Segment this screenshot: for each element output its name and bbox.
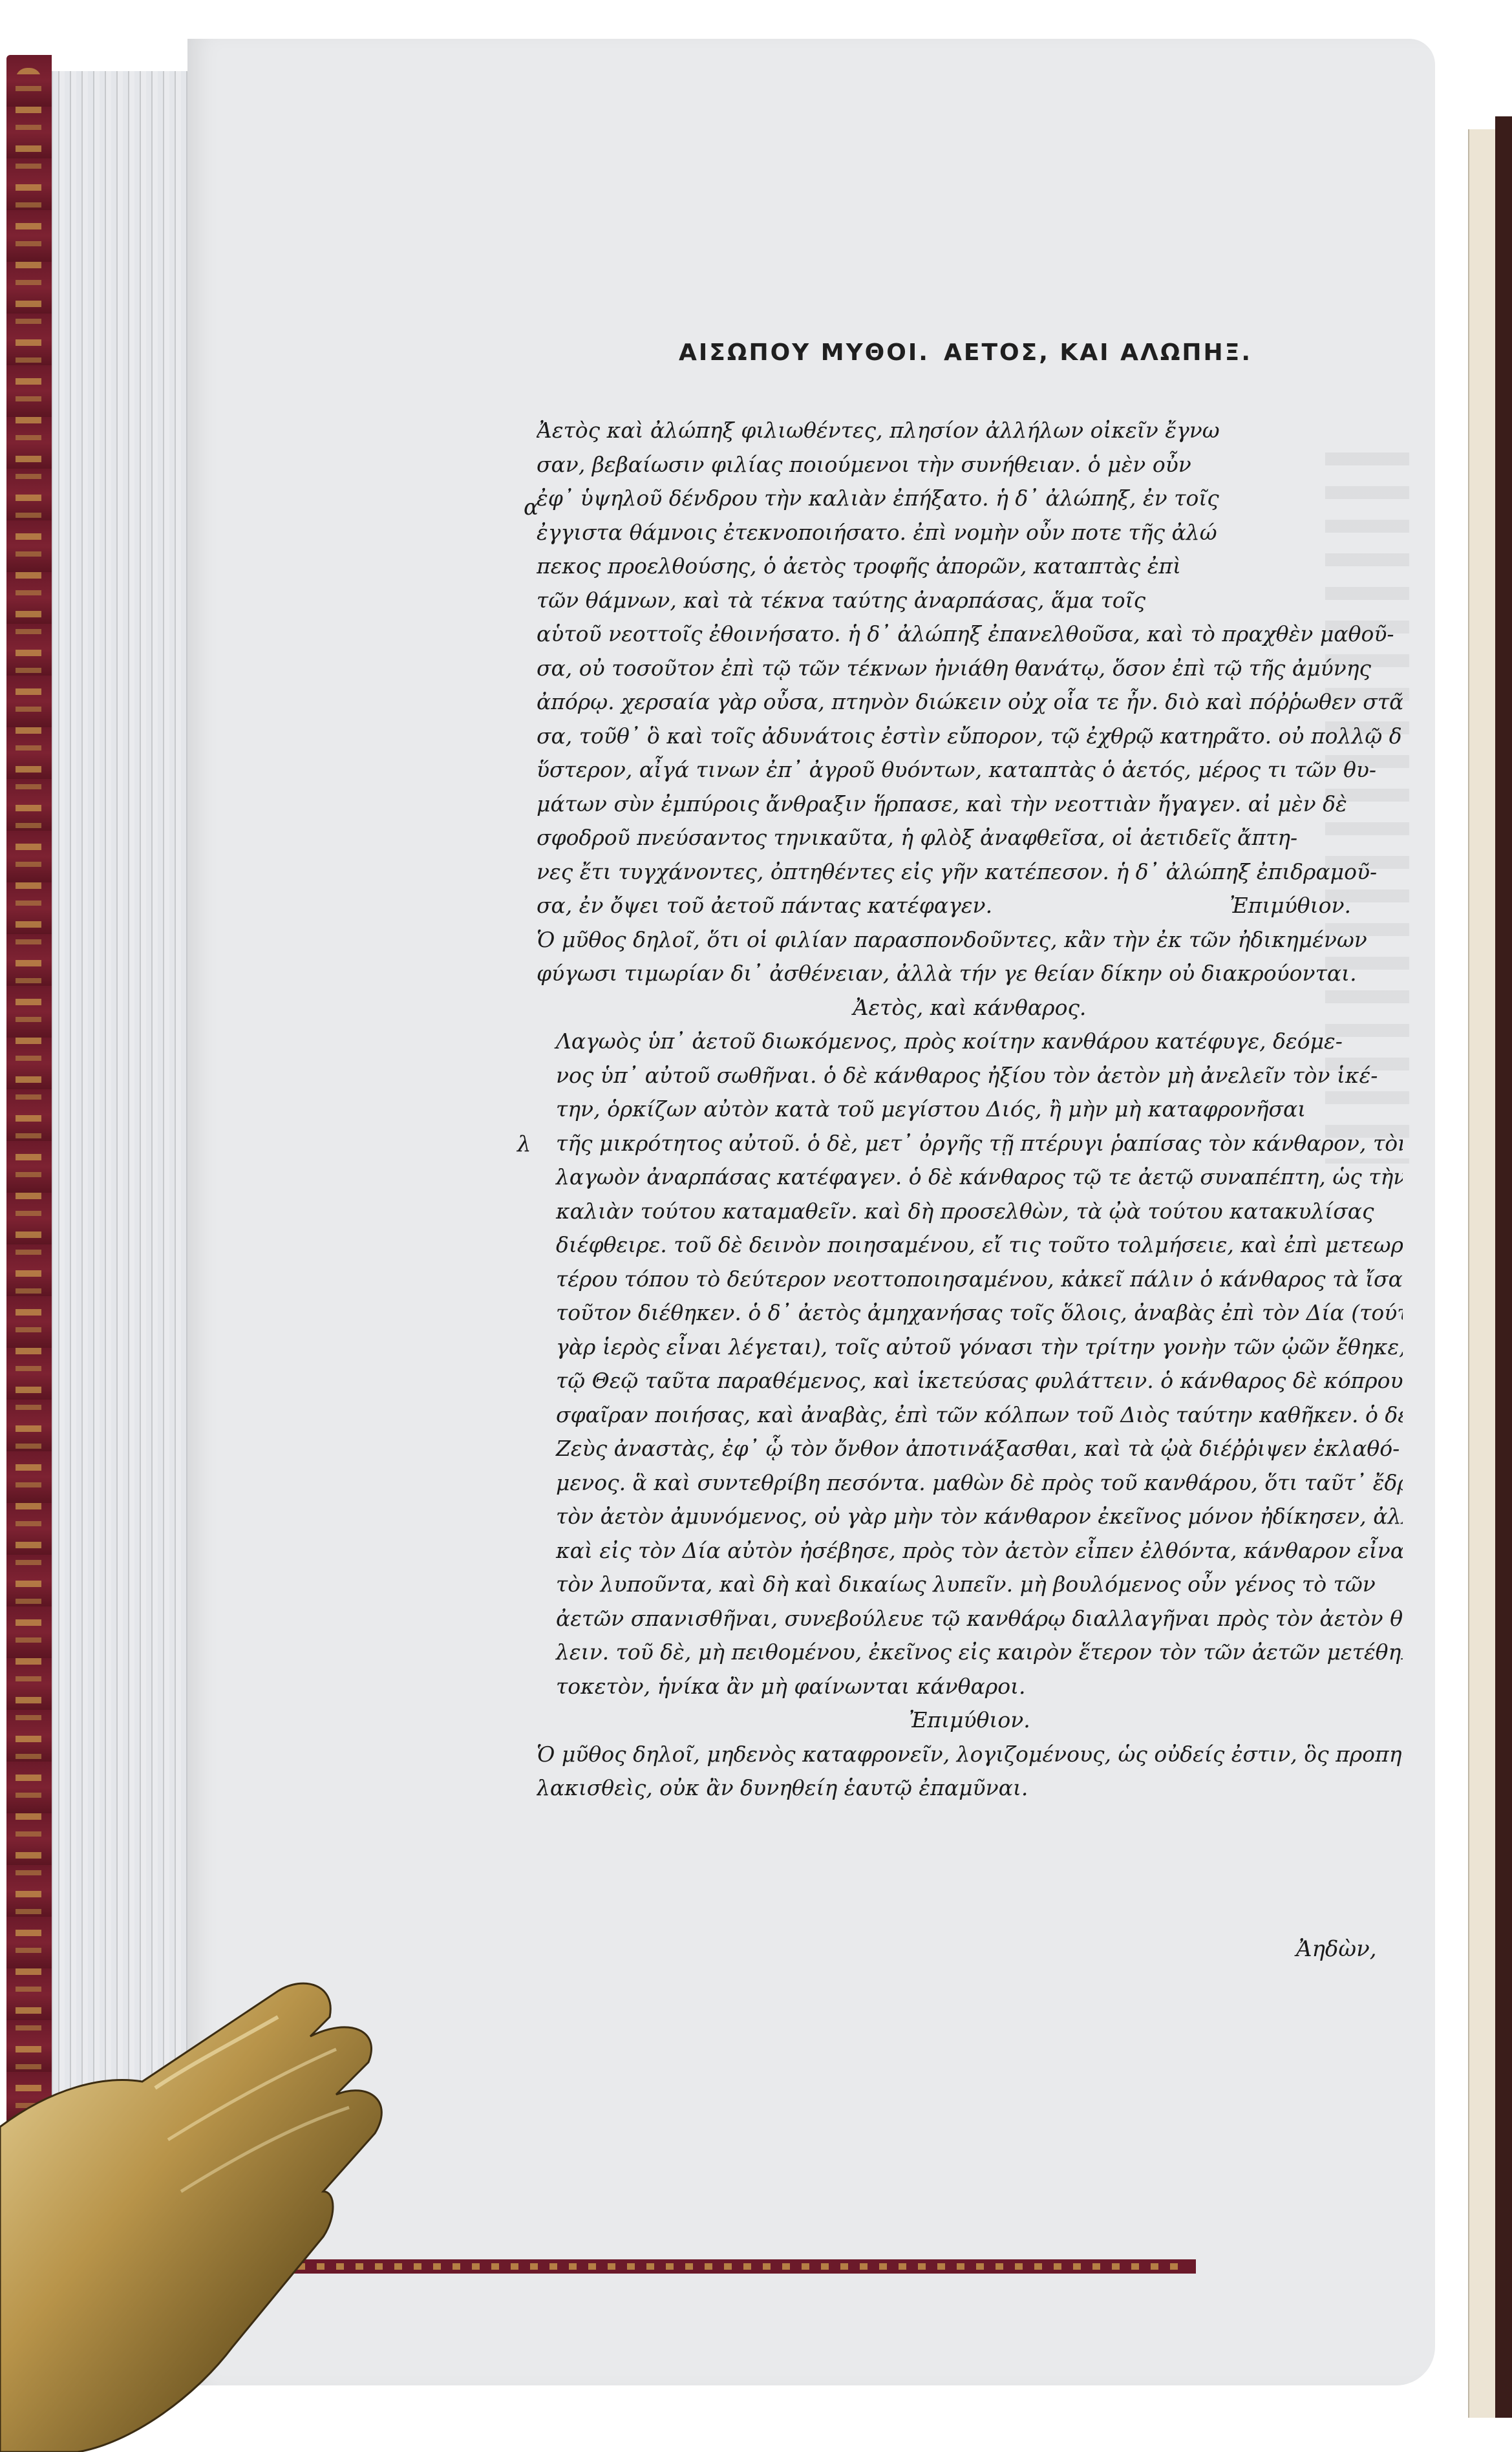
- text-line: τοῦτον διέθηκεν. ὁ δ᾽ ἀετὸς ἀμηχανήσας τ…: [537, 1296, 1403, 1330]
- text-line: τὸν ἀετὸν ἀμυνόμενος, οὐ γὰρ μὴν τὸν κάν…: [537, 1500, 1403, 1534]
- text-line: αὑτοῦ νεοττοῖς ἐθοινήσατο. ἡ δ᾽ ἀλώπηξ ἐ…: [537, 617, 1403, 652]
- moral-line: Ὁ μῦθος δηλοῖ, ὅτι οἱ φιλίαν παρασπονδοῦ…: [537, 923, 1403, 957]
- text-line: νος ὑπ᾽ αὐτοῦ σωθῆναι. ὁ δὲ κάνθαρος ἠξί…: [537, 1059, 1403, 1093]
- text-line: σφαῖραν ποιήσας, καὶ ἀναβὰς, ἐπὶ τῶν κόλ…: [537, 1398, 1403, 1433]
- text-line: πεκος προελθούσης, ὁ ἀετὸς τροφῆς ἀπορῶν…: [537, 549, 1403, 584]
- text-line: ὕστερον, αἶγά τινων ἐπ᾽ ἀγροῦ θυόντων, κ…: [537, 753, 1403, 787]
- moral-line: λακισθεὶς, οὐκ ἂν δυνηθείη ἑαυτῷ ἐπαμῦνα…: [537, 1771, 1403, 1806]
- running-head-title: ΑΙΣΩΠΟΥ ΜΥΘΟΙ.: [679, 339, 930, 366]
- text-line: γὰρ ἱερὸς εἶναι λέγεται), τοῖς αὐτοῦ γόν…: [537, 1330, 1403, 1365]
- text-line: ἐφ᾽ ὑψηλοῦ δένδρου τὴν καλιὰν ἐπήξατο. ἡ…: [537, 482, 1403, 516]
- text-line: σα, τοῦθ᾽ ὃ καὶ τοῖς ἀδυνάτοις ἐστὶν εὔπ…: [537, 720, 1403, 754]
- text-line: Λαγωὸς ὑπ᾽ ἀετοῦ διωκόμενος, πρὸς κοίτην…: [537, 1025, 1403, 1059]
- text-line: τῆς μικρότητος αὐτοῦ. ὁ δὲ, μετ᾽ ὀργῆς τ…: [537, 1127, 1403, 1161]
- text-line: Ζεὺς ἀναστὰς, ἐφ᾽ ᾧ τὸν ὄνθον ἀποτινάξασ…: [537, 1432, 1403, 1466]
- page-text: Ἀετὸς καὶ ἀλώπηξ φιλιωθέντες, πλησίον ἀλ…: [537, 414, 1403, 1806]
- text-line: τῷ Θεῷ ταῦτα παραθέμενος, καὶ ἱκετεύσας …: [537, 1364, 1403, 1398]
- brass-hand-bookweight-icon: [0, 1933, 440, 2452]
- fable-title-eagle-fox: ΑΕΤΟΣ, ΚΑΙ ΑΛΩΠΗΞ.: [944, 339, 1252, 366]
- fable-title-eagle-beetle: Ἀετὸς, καὶ κάνθαρος.: [537, 991, 1403, 1025]
- text-line: σα, ἐν ὄψει τοῦ ἀετοῦ πάντας κατέφαγεν. …: [537, 889, 1403, 923]
- text-line: τοκετὸν, ἡνίκα ἂν μὴ φαίνωνται κάνθαροι.: [537, 1670, 1403, 1704]
- moral-heading: Ἐπιμύθιον.: [1230, 889, 1351, 923]
- text-line: τὸν λυποῦντα, καὶ δὴ καὶ δικαίως λυπεῖν.…: [537, 1568, 1403, 1602]
- text-line: ἀετῶν σπανισθῆναι, συνεβούλευε τῷ κανθάρ…: [537, 1602, 1403, 1636]
- text-line: νες ἔτι τυγχάνοντες, ὀπτηθέντες εἰς γῆν …: [537, 855, 1403, 890]
- text-line: σφοδροῦ πνεύσαντος τηνικαῦτα, ἡ φλὸξ ἀνα…: [537, 821, 1403, 855]
- text-line: καλιὰν τούτου καταμαθεῖν. καὶ δὴ προσελθ…: [537, 1195, 1403, 1229]
- text-line: σαν, βεβαίωσιν φιλίας ποιούμενοι τὴν συν…: [537, 448, 1403, 482]
- text-line: μάτων σὺν ἐμπύροις ἄνθραξιν ἥρπασε, καὶ …: [537, 787, 1403, 822]
- text-line: Ἀετὸς καὶ ἀλώπηξ φιλιωθέντες, πλησίον ἀλ…: [537, 414, 1403, 448]
- text-line: ἐγγιστα θάμνοις ἐτεκνοποιήσατο. ἐπὶ νομὴ…: [537, 516, 1403, 550]
- text-line: την, ὁρκίζων αὐτὸν κατὰ τοῦ μεγίστου Διό…: [537, 1093, 1403, 1127]
- text-line: λειν. τοῦ δὲ, μὴ πειθομένου, ἐκεῖνος εἰς…: [537, 1636, 1403, 1670]
- catchword: Ἀηδὼν,: [1296, 1936, 1377, 1962]
- moral-line: Ὁ μῦθος δηλοῖ, μηδενὸς καταφρονεῖν, λογι…: [537, 1738, 1403, 1772]
- running-head: ΑΙΣΩΠΟΥ ΜΥΘΟΙ. ΑΕΤΟΣ, ΚΑΙ ΑΛΩΠΗΞ.: [679, 339, 1390, 378]
- text-line: τέρου τόπου τὸ δεύτερον νεοττοποιησαμένο…: [537, 1263, 1403, 1297]
- text-line: μενος. ἃ καὶ συντεθρίβη πεσόντα. μαθὼν δ…: [537, 1466, 1403, 1500]
- right-page-edge: [1468, 129, 1495, 2418]
- text-line: λαγωὸν ἀναρπάσας κατέφαγεν. ὁ δὲ κάνθαρο…: [537, 1160, 1403, 1195]
- moral-heading: Ἐπιμύθιον.: [537, 1703, 1403, 1738]
- text-line: ἀπόρῳ. χερσαία γὰρ οὖσα, πτηνὸν διώκειν …: [537, 685, 1403, 720]
- book-cover-right-edge: [1495, 116, 1512, 2418]
- text-line-end: σα, ἐν ὄψει τοῦ ἀετοῦ πάντας κατέφαγεν.: [537, 889, 992, 923]
- text-line: καὶ εἰς τὸν Δία αὐτὸν ἠσέβησε, πρὸς τὸν …: [537, 1534, 1403, 1568]
- text-line: σα, οὐ τοσοῦτον ἐπὶ τῷ τῶν τέκνων ἠνιάθη…: [537, 652, 1403, 686]
- moral-line: φύγωσι τιμωρίαν δι᾽ ἀσθένειαν, ἀλλὰ τήν …: [537, 957, 1403, 991]
- text-line: διέφθειρε. τοῦ δὲ δεινὸν ποιησαμένου, εἴ…: [537, 1228, 1403, 1263]
- text-line: τῶν θάμνων, καὶ τὰ τέκνα ταύτης ἀναρπάσα…: [537, 584, 1403, 618]
- margin-note: λ: [517, 1131, 531, 1157]
